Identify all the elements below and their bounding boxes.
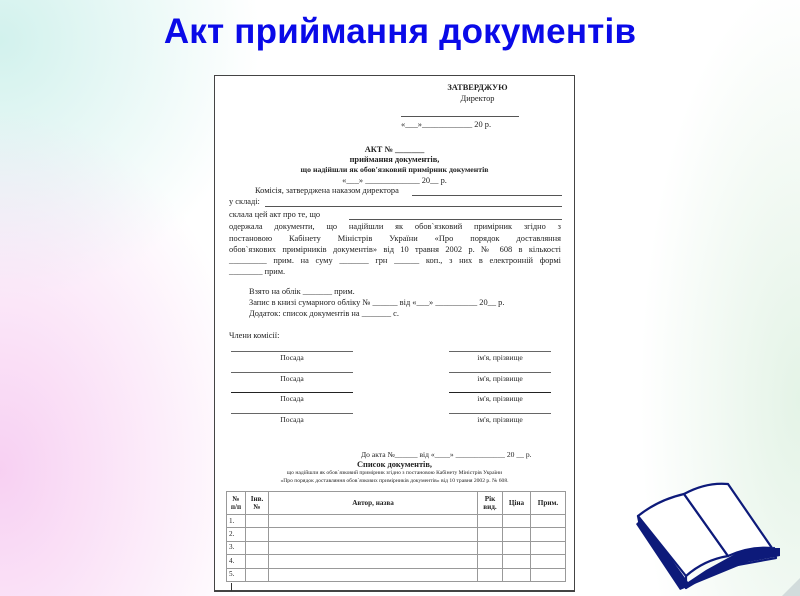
appendix-subtitle-line1: що надійшли як обов`язковий примірник зг… (215, 471, 574, 477)
signature-name-label: ім'я, прізвище (449, 416, 551, 424)
table-cell[interactable] (531, 568, 566, 581)
signature-position-line[interactable] (231, 413, 353, 414)
appendix-pages-line: Додаток: список документів на _______ с. (249, 310, 399, 318)
table-cell[interactable] (478, 555, 503, 568)
table-cell[interactable] (269, 568, 478, 581)
commission-order-field[interactable] (412, 195, 562, 196)
commission-label: Комісія, затверджена наказом директора (255, 187, 399, 195)
table-cell[interactable]: 1. (227, 515, 246, 528)
body-paragraph-line: одержала документи, що надійшли як обов`… (229, 223, 561, 231)
column-header-note: Прим. (531, 492, 566, 515)
table-cell[interactable]: 4. (227, 555, 246, 568)
signature-name-line[interactable] (449, 351, 551, 352)
act-title-line1: приймання документів, (215, 156, 574, 164)
signature-name-line[interactable] (449, 413, 551, 414)
table-cell[interactable] (503, 528, 531, 541)
text-cursor (231, 583, 232, 591)
body-paragraph-line: постановою Кабінету Міністрів України «П… (229, 235, 561, 243)
column-header-author-title: Автор, назва (269, 492, 478, 515)
signature-name-label: ім'я, прізвище (449, 354, 551, 362)
column-header-inventory: Інв. № (246, 492, 269, 515)
signature-name-label: ім'я, прізвище (449, 375, 551, 383)
table-cell[interactable] (246, 555, 269, 568)
table-cell[interactable] (269, 528, 478, 541)
appendix-reference: До акта №______ від «____» _____________… (361, 451, 532, 459)
table-cell[interactable] (478, 541, 503, 554)
table-cell[interactable] (503, 555, 531, 568)
composition-field[interactable] (265, 206, 562, 207)
signature-position-line[interactable] (231, 372, 353, 373)
body-paragraph-line: _________ прим. на суму _______ грн ____… (229, 257, 561, 265)
signature-position-label: Посада (231, 416, 353, 424)
signature-position-label: Посада (231, 395, 353, 403)
table-cell[interactable] (531, 541, 566, 554)
act-number: АКТ № _______ (215, 146, 574, 154)
table-cell[interactable]: 2. (227, 528, 246, 541)
table-cell[interactable] (531, 555, 566, 568)
open-book-icon (628, 478, 800, 596)
body-paragraph-last: ________ прим. (229, 268, 285, 276)
table-cell[interactable] (503, 515, 531, 528)
documents-table: № п/п Інв. № Автор, назва Рік вид. Ціна … (226, 491, 566, 582)
table-cell[interactable] (503, 541, 531, 554)
act-title-line2: що надійшли як обов'язковий примірник до… (215, 166, 574, 174)
signature-position-label: Посада (231, 354, 353, 362)
appendix-title: Список документів, (215, 461, 574, 469)
table-cell[interactable] (531, 528, 566, 541)
act-purpose-field[interactable] (349, 219, 562, 220)
signature-position-line[interactable] (231, 351, 353, 352)
table-header-row: № п/п Інв. № Автор, назва Рік вид. Ціна … (227, 492, 566, 515)
table-cell[interactable] (503, 568, 531, 581)
table-cell[interactable] (246, 568, 269, 581)
table-cell[interactable] (478, 515, 503, 528)
column-header-price: Ціна (503, 492, 531, 515)
table-cell[interactable] (269, 555, 478, 568)
document-page: ЗАТВЕРДЖУЮ Директор «___»____________ 20… (214, 75, 575, 592)
table-cell[interactable] (246, 515, 269, 528)
approval-signature-line (401, 116, 519, 117)
signature-name-label: ім'я, прізвище (449, 395, 551, 403)
approval-heading: ЗАТВЕРДЖУЮ (420, 84, 535, 92)
table-cell[interactable] (246, 541, 269, 554)
table-cell[interactable] (531, 515, 566, 528)
column-header-year: Рік вид. (478, 492, 503, 515)
table-cell[interactable]: 3. (227, 541, 246, 554)
table-row: 5. (227, 568, 566, 581)
table-row: 3. (227, 541, 566, 554)
composition-label: у складі: (229, 198, 260, 206)
table-row: 4. (227, 555, 566, 568)
column-header-number: № п/п (227, 492, 246, 515)
accounting-line: Взято на облік _______ прим. (249, 288, 355, 296)
appendix-subtitle-line2: «Про порядок доставляння обов`язкових пр… (215, 479, 574, 485)
signature-name-line[interactable] (449, 372, 551, 373)
accounting-line: Запис в книзі сумарного обліку № ______ … (249, 299, 504, 307)
table-cell[interactable] (246, 528, 269, 541)
table-row: 1. (227, 515, 566, 528)
table-row: 2. (227, 528, 566, 541)
table-cell[interactable] (269, 541, 478, 554)
approval-position: Директор (420, 95, 535, 103)
table-cell[interactable] (269, 515, 478, 528)
table-cell[interactable]: 5. (227, 568, 246, 581)
signature-name-line[interactable] (449, 392, 551, 393)
table-cell[interactable] (478, 568, 503, 581)
table-cell[interactable] (478, 528, 503, 541)
slide-title: Акт приймання документів (0, 12, 800, 52)
act-date: «___» _____________ 20__ р. (215, 177, 574, 185)
body-paragraph-line: обов`язкових примірників документів» від… (229, 246, 561, 254)
signature-position-label: Посада (231, 375, 353, 383)
signature-position-line[interactable] (231, 392, 353, 393)
commission-members-label: Члени комісії: (229, 332, 279, 340)
act-purpose-label: склала цей акт про те, що (229, 211, 320, 219)
slide-corner (782, 578, 800, 596)
approval-date: «___»____________ 20 р. (401, 121, 491, 129)
